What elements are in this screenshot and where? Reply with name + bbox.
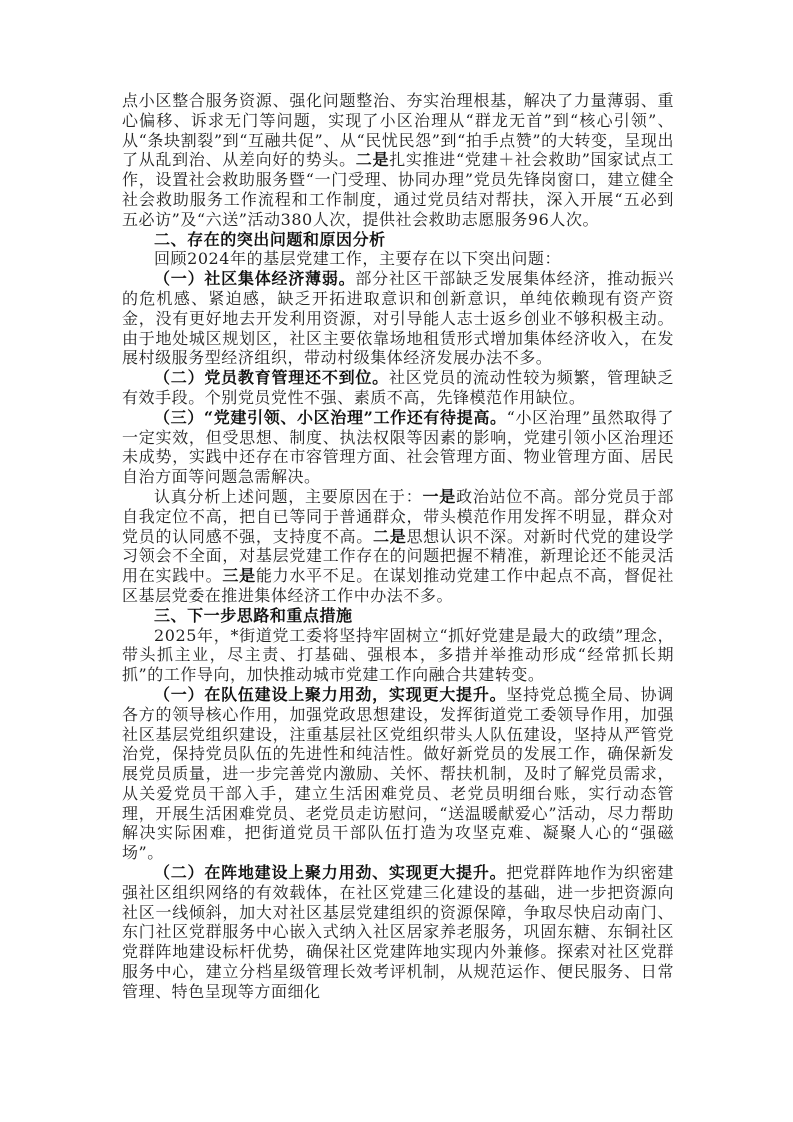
- subheading-problem-3: （三）“党建引领、小区治理”工作还有待提高。: [154, 408, 507, 427]
- subheading-problem-2: （二）党员教育管理还不到位。: [154, 368, 389, 387]
- heading-text: 三、下一步思路和重点措施: [154, 606, 353, 625]
- paragraph-continuation-achievements: 点小区整合服务资源、强化问题整治、夯实治理根基，解决了力量薄弱、重心偏移、诉求无…: [122, 91, 674, 230]
- text-run: 把党群阵地作为织密建强社区组织网络的有效载体，在社区党建三化建设的基础，进一步把…: [122, 863, 674, 1001]
- heading-text: 二、存在的突出问题和原因分析: [154, 230, 386, 249]
- paragraph-measure-1: （一）在队伍建设上聚力用劲，实现更大提升。坚持党总揽全局、协调各方的领导核心作用…: [122, 685, 674, 863]
- paragraph-problem-2: （二）党员教育管理还不到位。社区党员的流动性较为频繁，管理缺乏有效手段。个别党员…: [122, 368, 674, 408]
- paragraph-problem-3: （三）“党建引领、小区治理”工作还有待提高。“小区治理”虽然取得了一定实效，但受…: [122, 408, 674, 487]
- section-heading-problems: 二、存在的突出问题和原因分析: [122, 230, 674, 250]
- paragraph-problem-1: （一）社区集体经济薄弱。部分社区干部缺乏发展集体经济，推动振兴的危机感、紧迫感，…: [122, 269, 674, 368]
- subheading-measure-2: （二）在阵地建设上聚力用劲、实现更大提升。: [154, 863, 506, 882]
- subheading-problem-1: （一）社区集体经济薄弱。: [154, 269, 355, 288]
- paragraph-measure-2: （二）在阵地建设上聚力用劲、实现更大提升。把党群阵地作为织密建强社区组织网络的有…: [122, 863, 674, 1002]
- paragraph-2025-plan: 2025年，*街道党工委将坚持牢固树立“抓好党建是最大的政绩”理念，带头抓主业，…: [122, 626, 674, 685]
- bold-run-er-shi: 二是: [373, 527, 406, 546]
- text-run: 2025年，*街道党工委将坚持牢固树立“抓好党建是最大的政绩”理念，带头抓主业，…: [122, 626, 674, 685]
- bold-run-er-shi: 二是: [356, 150, 389, 169]
- text-run: 认真分析上述问题，主要原因在于：: [154, 487, 423, 506]
- bold-run-yi-shi: 一是: [423, 487, 457, 506]
- paragraph-causes: 认真分析上述问题，主要原因在于：一是政治站位不高。部分党员于部自我定位不高，把自…: [122, 487, 674, 606]
- bold-run-san-shi: 三是: [222, 566, 255, 585]
- paragraph-review-intro: 回顾2024年的基层党建工作，主要存在以下突出问题：: [122, 249, 674, 269]
- text-run: 坚持党总揽全局、协调各方的领导核心作用，加强党政思想建设，发挥街道党工委领导作用…: [122, 685, 674, 862]
- subheading-measure-1: （一）在队伍建设上聚力用劲，实现更大提升。: [154, 685, 506, 704]
- document-page: 点小区整合服务资源、强化问题整治、夯实治理根基，解决了力量薄弱、重心偏移、诉求无…: [122, 91, 674, 1002]
- section-heading-next-steps: 三、下一步思路和重点措施: [122, 606, 674, 626]
- text-run: 回顾2024年的基层党建工作，主要存在以下突出问题：: [154, 249, 561, 268]
